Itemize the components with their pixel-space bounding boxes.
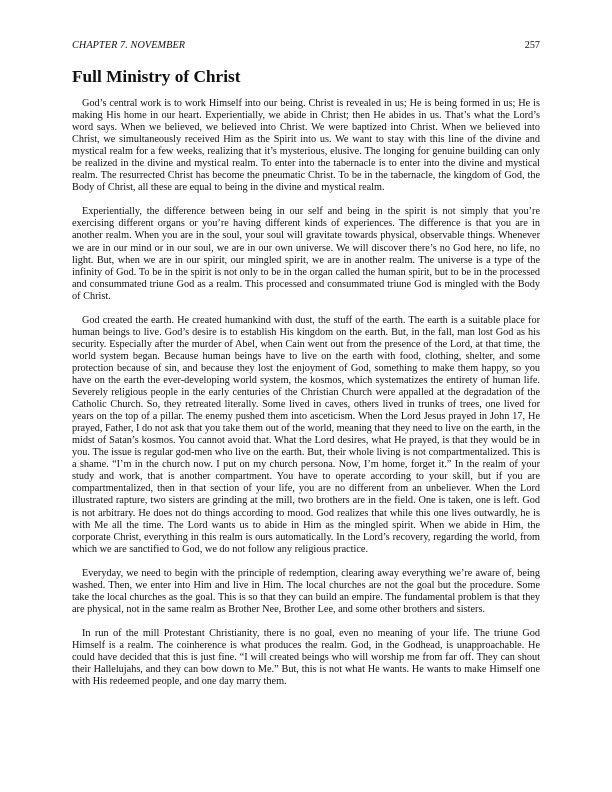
page-number: 257	[525, 40, 540, 51]
paragraph-5: In run of the mill Protestant Christiani…	[72, 628, 540, 688]
paragraph-3: God created the earth. He created humank…	[72, 315, 540, 556]
document-page: CHAPTER 7. NOVEMBER 257 Full Ministry of…	[72, 40, 540, 688]
running-header: CHAPTER 7. NOVEMBER 257	[72, 40, 540, 54]
paragraph-1: God’s central work is to work Himself in…	[72, 98, 540, 194]
chapter-label: CHAPTER 7. NOVEMBER	[72, 40, 185, 51]
paragraph-2: Experientially, the difference between b…	[72, 206, 540, 302]
section-title: Full Ministry of Christ	[72, 67, 540, 87]
paragraph-4: Everyday, we need to begin with the prin…	[72, 568, 540, 616]
